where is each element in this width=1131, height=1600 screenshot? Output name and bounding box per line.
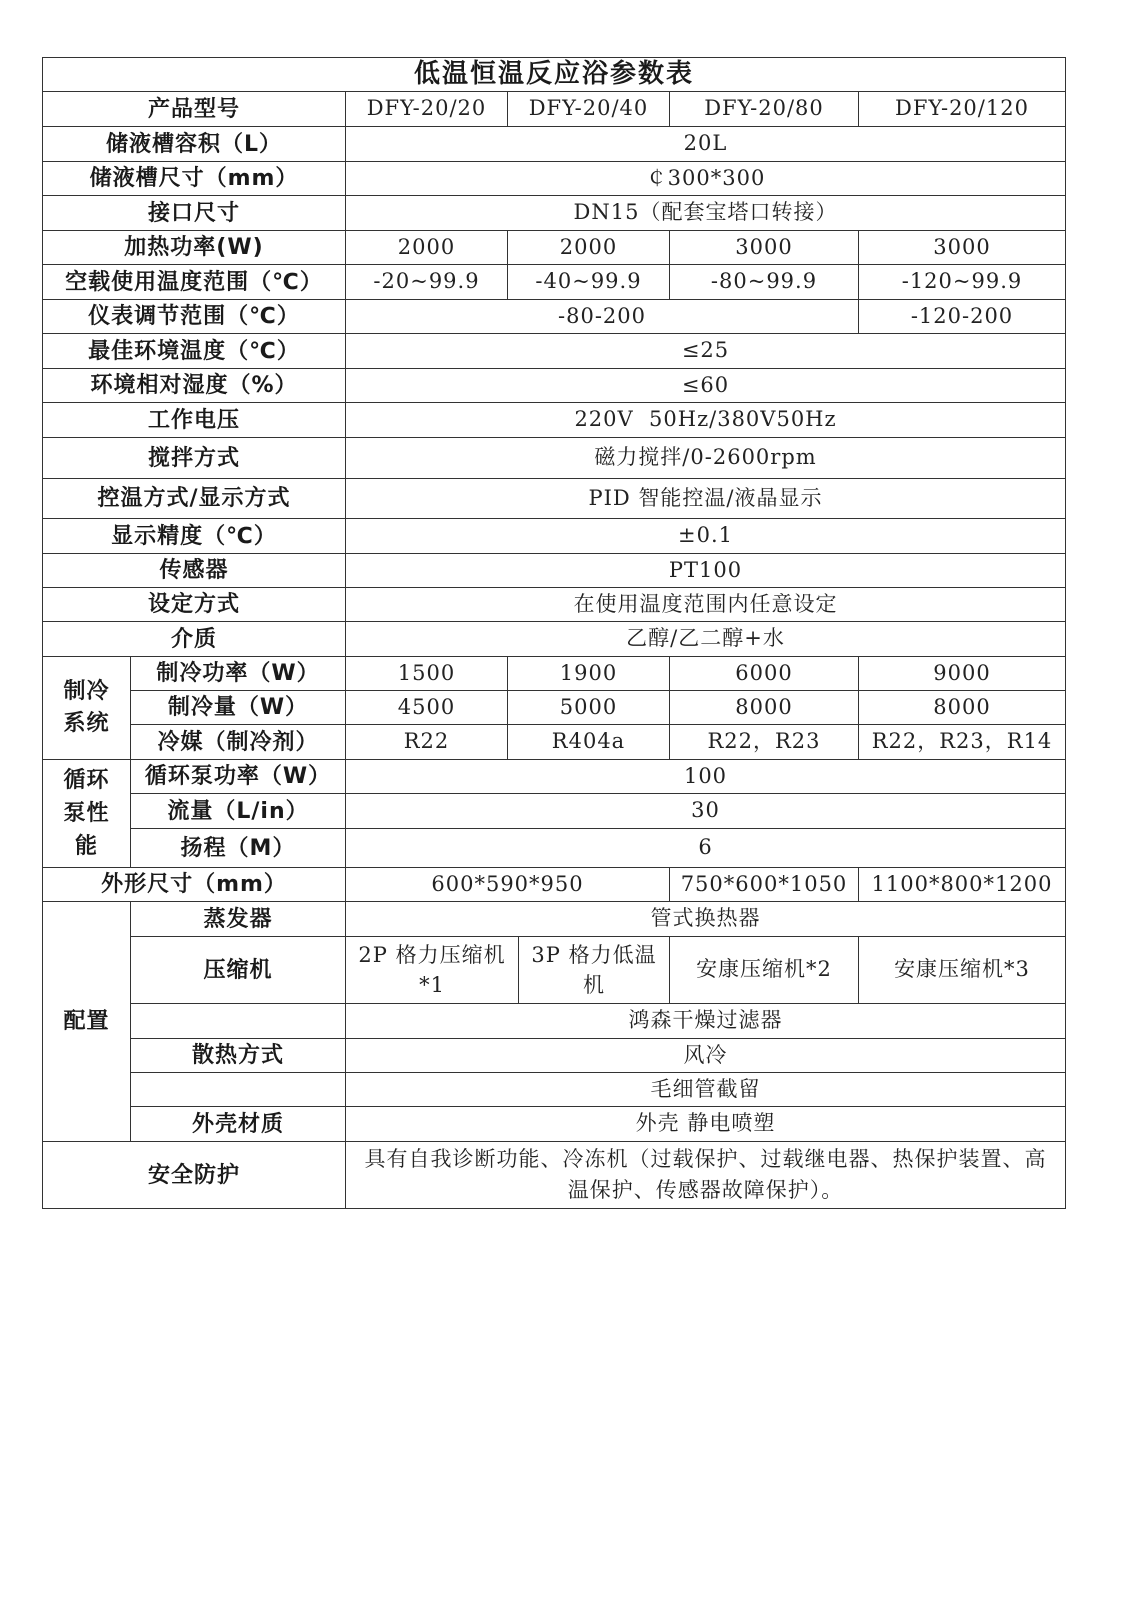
sensor-value: PT100 [345,553,1066,588]
humidity-value: ≤60 [345,368,1066,403]
cooling-capacity-label: 制冷量（W） [130,690,346,725]
model-2: DFY-20/40 [507,91,670,127]
cooling-method-value: 风冷 [345,1038,1066,1073]
cooling-power-1: 1500 [345,656,508,691]
cooling-capacity-4: 8000 [858,690,1066,725]
refrigeration-group-line2: 系统 [63,708,109,740]
table-title: 低温恒温反应浴参数表 [42,57,1066,92]
stirring-value: 磁力搅拌/0-2600rpm [345,437,1066,479]
compressor-3: 安康压缩机*2 [669,936,859,1004]
heating-power-2: 2000 [507,230,670,265]
temp-range-3: -80~99.9 [669,264,859,300]
cooling-capacity-2: 5000 [507,690,670,725]
cooling-power-label: 制冷功率（W） [130,656,346,691]
medium-label: 介质 [42,621,346,657]
evaporator-label: 蒸发器 [130,901,346,937]
medium-value: 乙醇/乙二醇+水 [345,621,1066,657]
port-size-value: DN15（配套宝塔口转接） [345,195,1066,231]
voltage-value: 220V 50Hz/380V50Hz [345,402,1066,438]
temp-range-label: 空载使用温度范围（℃） [42,264,346,300]
safety-label: 安全防护 [42,1141,346,1209]
filter-value: 鸿森干燥过滤器 [345,1003,1066,1039]
pump-flow-label: 流量（L/in） [130,793,346,829]
model-1: DFY-20/20 [345,91,508,127]
sensor-label: 传感器 [42,553,346,588]
pump-group-label: 循环 泵性 能 [42,759,131,868]
pump-head-label: 扬程（M） [130,828,346,868]
heating-power-3: 3000 [669,230,859,265]
throttle-label [130,1072,346,1107]
refrigerant-2: R404a [507,724,670,760]
temp-range-2: -40~99.9 [507,264,670,300]
cooling-capacity-1: 4500 [345,690,508,725]
precision-value: ±0.1 [345,518,1066,554]
cooling-method-label: 散热方式 [130,1038,346,1073]
model-4: DFY-20/120 [858,91,1066,127]
compressor-label: 压缩机 [130,936,346,1004]
refrigerant-label: 冷媒（制冷剂） [130,724,346,760]
pump-group-line1: 循环 [63,764,109,797]
dimensions-3: 1100*800*1200 [858,867,1066,902]
ambient-temp-value: ≤25 [345,333,1066,369]
control-value: PID 智能控温/液晶显示 [345,478,1066,519]
dimensions-label: 外形尺寸（mm） [42,867,346,902]
dimensions-2: 750*600*1050 [669,867,859,902]
pump-head-value: 6 [345,828,1066,868]
voltage-label: 工作电压 [42,402,346,438]
cooling-power-4: 9000 [858,656,1066,691]
pump-group-line3: 能 [75,830,98,863]
ambient-temp-label: 最佳环境温度（℃） [42,333,346,369]
meter-range-2: -120-200 [858,299,1066,334]
compressor-4: 安康压缩机*3 [858,936,1066,1004]
port-size-label: 接口尺寸 [42,195,346,231]
compressor-1: 2P 格力压缩机*1 [345,936,519,1004]
filter-label [130,1003,346,1039]
cooling-power-3: 6000 [669,656,859,691]
dimensions-1: 600*590*950 [345,867,670,902]
tank-volume-label: 储液槽容积（L） [42,126,346,162]
meter-range-1: -80-200 [345,299,859,334]
setting-label: 设定方式 [42,587,346,622]
heating-power-1: 2000 [345,230,508,265]
setting-value: 在使用温度范围内任意设定 [345,587,1066,622]
humidity-label: 环境相对湿度（%） [42,368,346,403]
precision-label: 显示精度（℃） [42,518,346,554]
control-label: 控温方式/显示方式 [42,478,346,519]
refrigerant-1: R22 [345,724,508,760]
cooling-capacity-3: 8000 [669,690,859,725]
refrigeration-group-line1: 制冷 [63,676,109,708]
pump-group-line2: 泵性 [63,797,109,830]
pump-power-value: 100 [345,759,1066,794]
pump-power-label: 循环泵功率（W） [130,759,346,794]
pump-flow-value: 30 [345,793,1066,829]
refrigerant-3: R22，R23 [669,724,859,760]
housing-value: 外壳 静电喷塑 [345,1106,1066,1142]
housing-label: 外壳材质 [130,1106,346,1142]
tank-size-value: ￠300*300 [345,161,1066,196]
tank-volume-value: 20L [345,126,1066,162]
heating-power-4: 3000 [858,230,1066,265]
model-3: DFY-20/80 [669,91,859,127]
model-label: 产品型号 [42,91,346,127]
evaporator-value: 管式换热器 [345,901,1066,937]
stirring-label: 搅拌方式 [42,437,346,479]
heating-power-label: 加热功率(W) [42,230,346,265]
refrigerant-4: R22，R23，R14 [858,724,1066,760]
temp-range-4: -120~99.9 [858,264,1066,300]
refrigeration-group-label: 制冷 系统 [42,656,131,760]
compressor-2: 3P 格力低温机 [518,936,670,1004]
config-group-label: 配置 [42,901,131,1142]
temp-range-1: -20~99.9 [345,264,508,300]
tank-size-label: 储液槽尺寸（mm） [42,161,346,196]
safety-value: 具有自我诊断功能、冷冻机（过载保护、过载继电器、热保护装置、高温保护、传感器故障… [345,1141,1066,1209]
cooling-power-2: 1900 [507,656,670,691]
throttle-value: 毛细管截留 [345,1072,1066,1107]
meter-range-label: 仪表调节范围（℃） [42,299,346,334]
